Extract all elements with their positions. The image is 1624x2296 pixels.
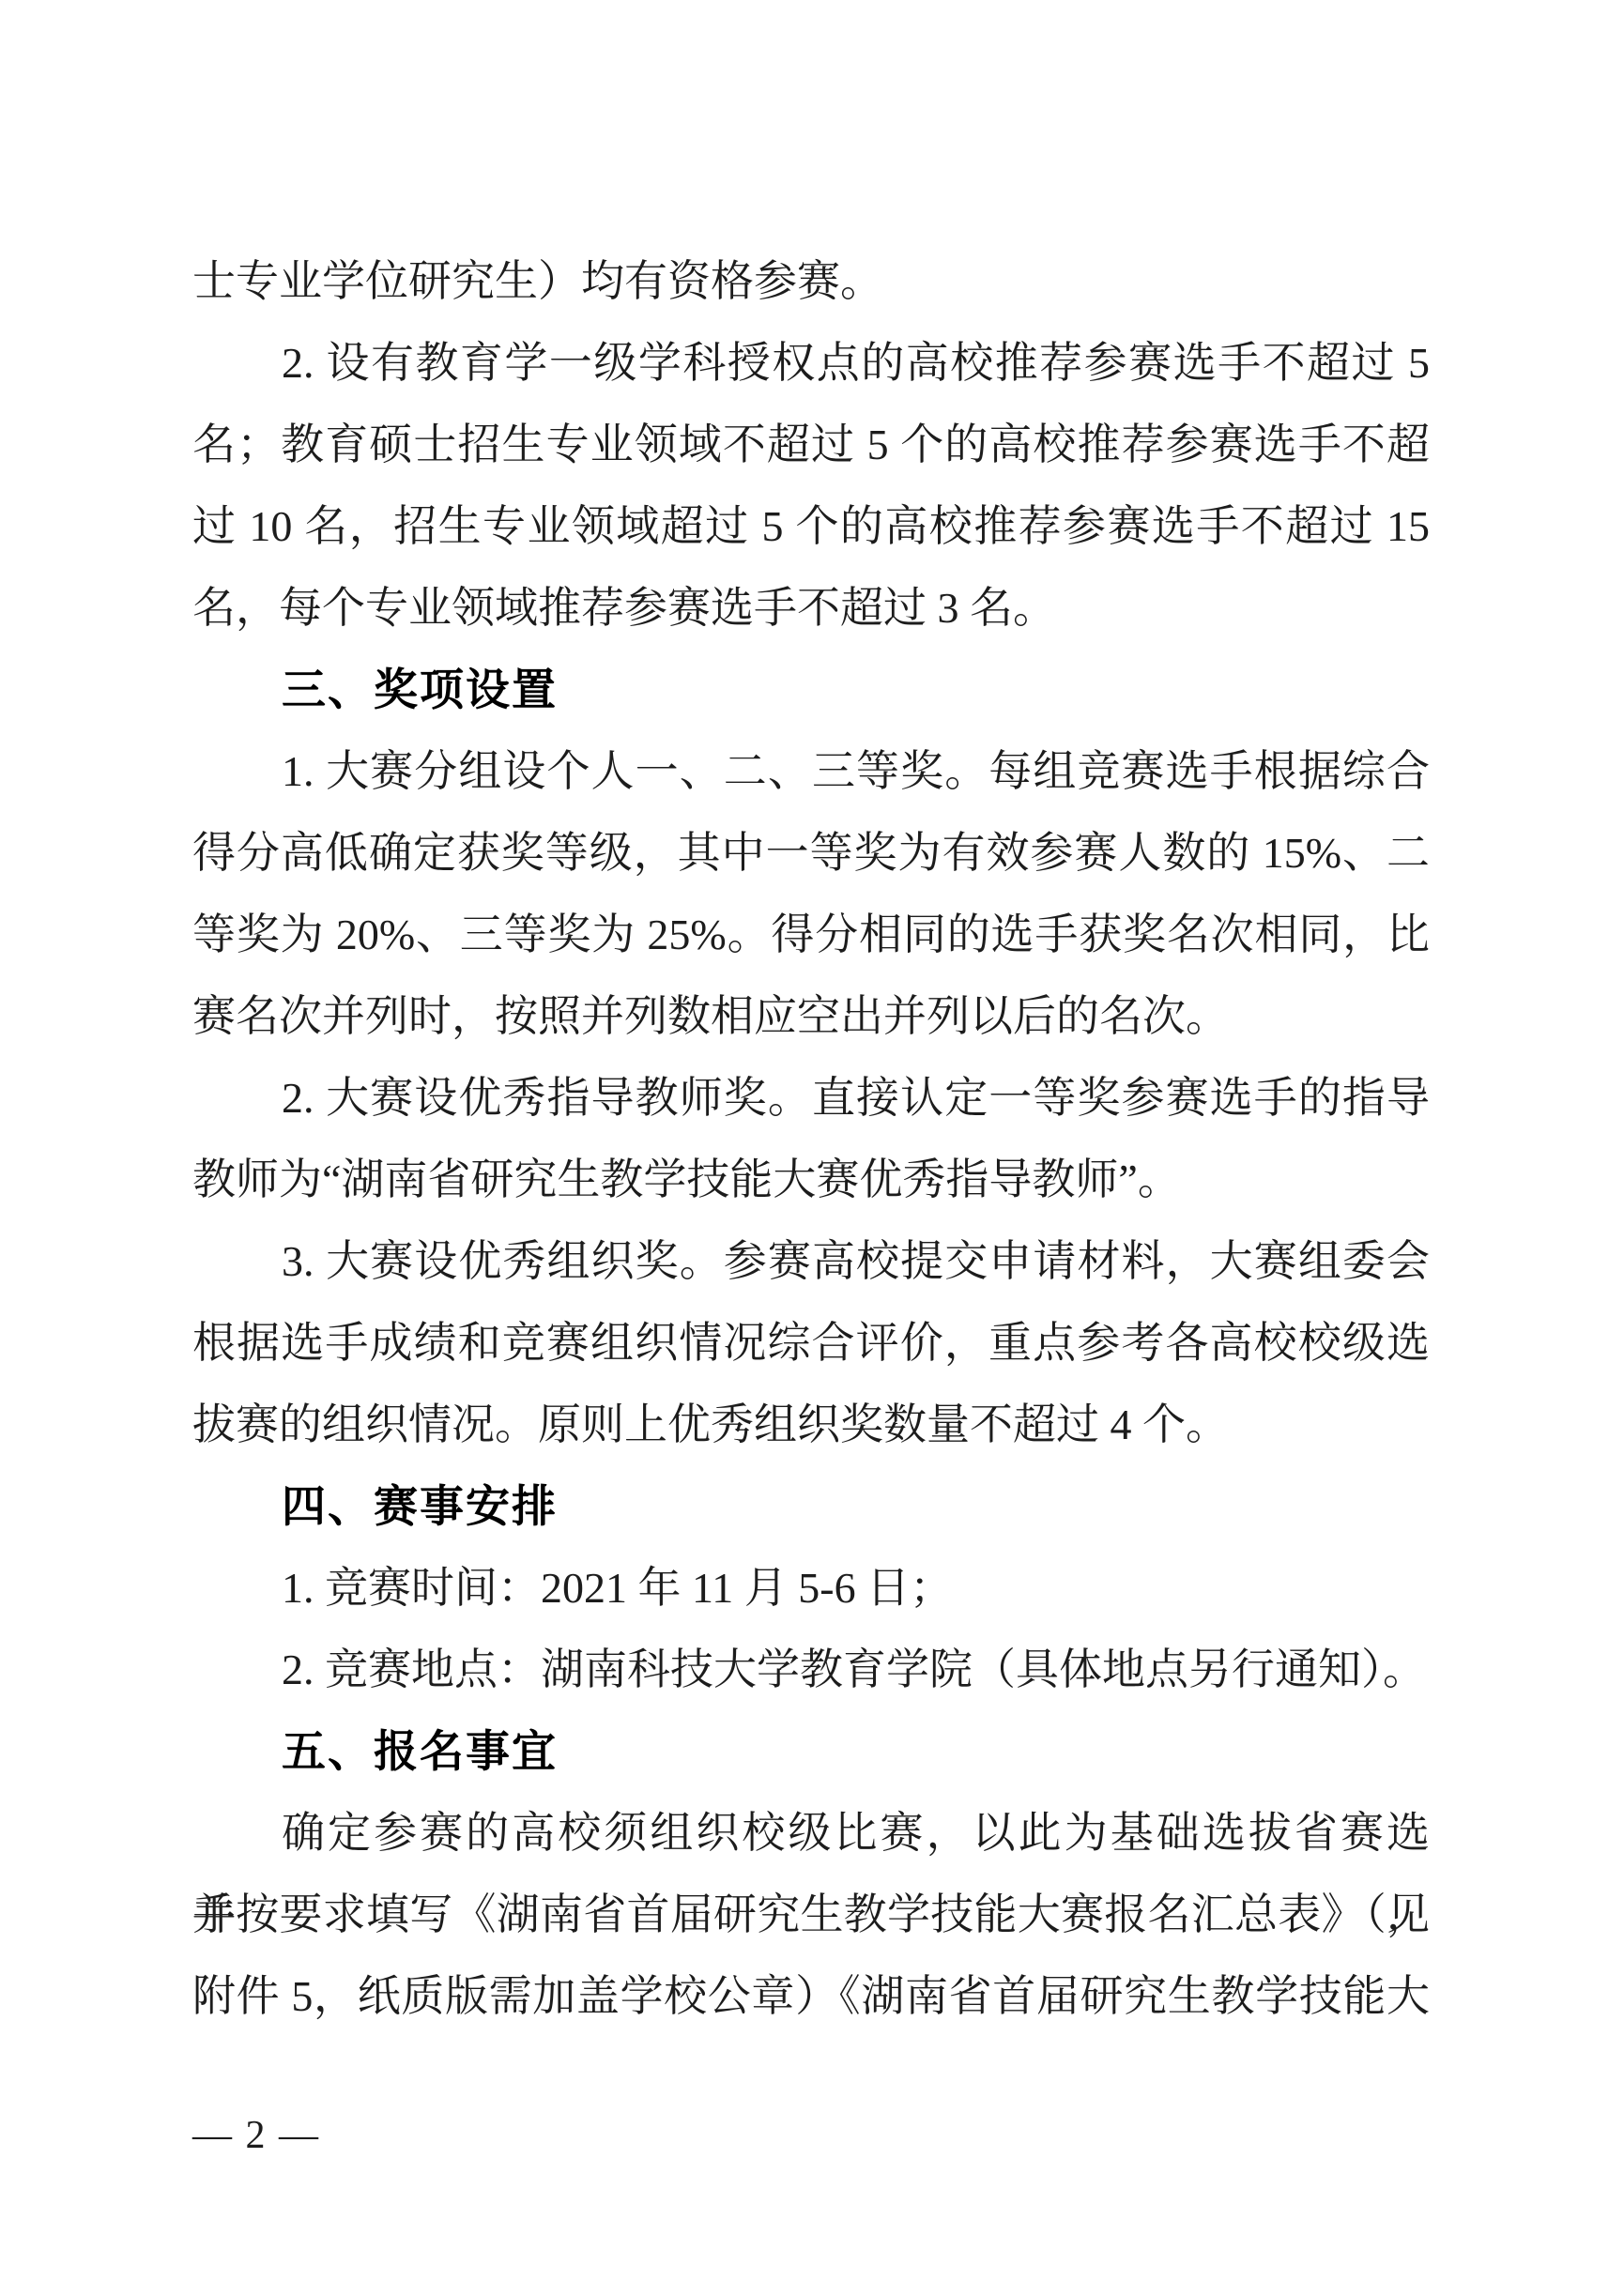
page-footer: — 2 — xyxy=(192,2103,320,2168)
document-line: 2. 大赛设优秀指导教师奖。直接认定一等奖参赛选手的指导 xyxy=(192,1057,1430,1139)
section-heading: 五、报名事宜 xyxy=(192,1710,1430,1792)
document-line: 并按要求填写《湖南省首届研究生教学技能大赛报名汇总表》（见 xyxy=(192,1874,1430,1955)
document-line: 1. 竞赛时间：2021 年 11 月 5-6 日； xyxy=(192,1547,1430,1629)
document-line: 确定参赛的高校须组织校级比赛，以此为基础选拔省赛选手， xyxy=(192,1792,1430,1874)
section-heading: 四、赛事安排 xyxy=(192,1465,1430,1547)
document-line: 等奖为 20%、三等奖为 25%。得分相同的选手获奖名次相同，比 xyxy=(192,894,1430,975)
document-line: 得分高低确定获奖等级，其中一等奖为有效参赛人数的 15%、二 xyxy=(192,812,1430,894)
document-line: 赛名次并列时，按照并列数相应空出并列以后的名次。 xyxy=(192,975,1430,1057)
document-line: 3. 大赛设优秀组织奖。参赛高校提交申请材料，大赛组委会 xyxy=(192,1220,1430,1302)
document-line: 名，每个专业领域推荐参赛选手不超过 3 名。 xyxy=(192,567,1430,649)
document-line: 2. 设有教育学一级学科授权点的高校推荐参赛选手不超过 5 xyxy=(192,322,1430,404)
page-number: — 2 — xyxy=(192,2114,320,2157)
document-line: 根据选手成绩和竞赛组织情况综合评价，重点参考各高校校级选 xyxy=(192,1302,1430,1384)
document-page: 士专业学位研究生）均有资格参赛。2. 设有教育学一级学科授权点的高校推荐参赛选手… xyxy=(0,0,1624,2296)
document-line: 2. 竞赛地点：湖南科技大学教育学院（具体地点另行通知）。 xyxy=(192,1629,1430,1710)
document-line: 名；教育硕士招生专业领域不超过 5 个的高校推荐参赛选手不超 xyxy=(192,404,1430,485)
document-line: 过 10 名，招生专业领域超过 5 个的高校推荐参赛选手不超过 15 xyxy=(192,485,1430,567)
document-line: 士专业学位研究生）均有资格参赛。 xyxy=(192,240,1430,322)
document-content: 士专业学位研究生）均有资格参赛。2. 设有教育学一级学科授权点的高校推荐参赛选手… xyxy=(192,240,1430,2037)
section-heading: 三、奖项设置 xyxy=(192,649,1430,730)
document-line: 教师为“湖南省研究生教学技能大赛优秀指导教师”。 xyxy=(192,1139,1430,1220)
document-line: 附件 5，纸质版需加盖学校公章）《湖南省首届研究生教学技能大 xyxy=(192,1955,1430,2037)
document-line: 1. 大赛分组设个人一、二、三等奖。每组竞赛选手根据综合 xyxy=(192,730,1430,812)
document-line: 拔赛的组织情况。原则上优秀组织奖数量不超过 4 个。 xyxy=(192,1384,1430,1465)
